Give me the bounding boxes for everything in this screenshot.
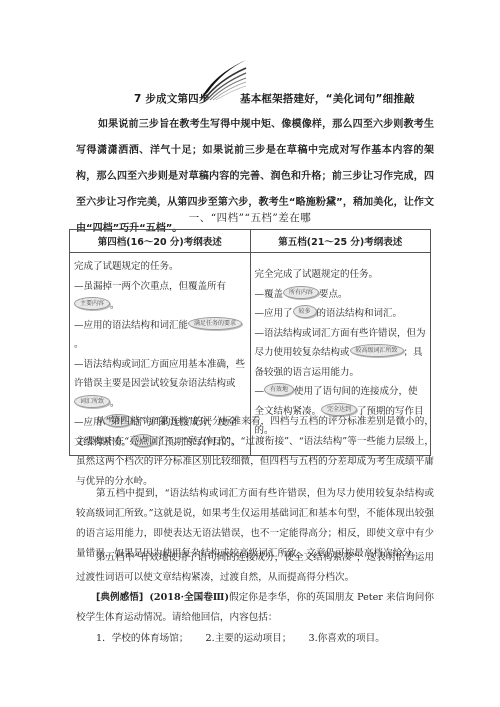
requirements-list: 1．学校的体育场馆； 2.主要的运动项目； 3.你喜欢的项目。 — [96, 630, 399, 644]
paragraph-text: 第五档中“有效地使用了语句间的连接成分，使全文结构紧凑”，这表明恰当运用过渡性词… — [76, 548, 434, 588]
step-heading: 7 步成文第四步 基本框架搭建好，“美化词句”细推敲 — [0, 88, 500, 108]
level5-line-4: —语法结构或词汇方面有些许错误，但为尽力使用较复杂结构或较高级词汇所致；具备较强… — [255, 324, 428, 383]
level4-line-4: —语法结构或词汇方面应用基本准确，些许错误主要是因尝试较复杂语法结构或词汇所致。 — [74, 355, 247, 414]
text-segment: 的语法结构和词汇。 — [317, 308, 403, 319]
paragraph-text: 从“第四档”与“第五档”的评分标准来看，四档与五档的评分标准差别是微小的，主要集… — [76, 412, 434, 492]
list-item: 1．学校的体育场馆； — [96, 633, 188, 644]
keyword-bubble: 满足任务的要求 — [188, 317, 242, 330]
level5-line-3: —应用了较多的语法结构和词汇。 — [255, 304, 428, 324]
level5-line-2: —覆盖所有内容要点。 — [255, 285, 428, 305]
example-tag: [典例感悟] — [96, 592, 143, 603]
text-segment: 。 — [110, 300, 120, 311]
text-segment: 要点。 — [319, 289, 348, 300]
text-segment: — — [255, 386, 265, 397]
level4-line-1: 完成了试题规定的任务。 — [74, 257, 247, 277]
level5-line-1: 完全完成了试题规定的任务。 — [255, 265, 428, 285]
example-source: (2018·全国卷Ⅲ) — [149, 592, 229, 603]
brush-stroke-icon — [198, 52, 248, 102]
text-segment: —应用的语法结构和词汇能 — [74, 320, 188, 331]
text-segment: —应用了 — [255, 308, 293, 319]
table-header-row: 第四档(16～20 分)考纲表述 第五档(21～25 分)考纲表述 — [70, 230, 431, 253]
level4-line-2: —虽漏掉一两个次重点，但覆盖所有主要内容。 — [74, 277, 247, 316]
list-item: 3.你喜欢的项目。 — [308, 633, 384, 644]
text-segment: 。 — [110, 398, 120, 409]
keyword-bubble: 主要内容 — [74, 297, 110, 310]
keyword-bubble: 有效地 — [264, 383, 294, 396]
text-segment: —语法结构或词汇方面应用基本准确，些许错误主要是因尝试较复杂语法结构或 — [74, 359, 245, 390]
analysis-paragraph-1: 从“第四档”与“第五档”的评分标准来看，四档与五档的评分标准差别是微小的，主要集… — [76, 412, 434, 492]
table-header-level5: 第五档(21～25 分)考纲表述 — [250, 230, 431, 253]
text-segment: —覆盖 — [255, 289, 284, 300]
keyword-bubble: 较高级词汇所致 — [350, 344, 404, 357]
keyword-bubble: 所有内容 — [283, 286, 319, 299]
analysis-paragraph-3: 第五档中“有效地使用了语句间的连接成分，使全文结构紧凑”，这表明恰当运用过渡性词… — [76, 548, 434, 588]
section-title: 一、“四档”“五档”差在哪 — [0, 210, 500, 225]
keyword-bubble: 词汇所致 — [74, 395, 110, 408]
keyword-bubble: 较多 — [293, 305, 317, 318]
level4-line-3: —应用的语法结构和词汇能满足任务的要求。 — [74, 316, 247, 355]
table-header-level4: 第四档(16～20 分)考纲表述 — [70, 230, 251, 253]
text-segment: —虽漏掉一两个次重点，但覆盖所有 — [74, 281, 226, 292]
text-segment: 。 — [74, 339, 84, 350]
example-paragraph: [典例感悟] (2018·全国卷Ⅲ)假定你是李华，你的英国朋友 Peter 来信… — [76, 588, 434, 628]
list-item: 2.主要的运动项目； — [206, 633, 292, 644]
example-prompt: [典例感悟] (2018·全国卷Ⅲ)假定你是李华，你的英国朋友 Peter 来信… — [76, 588, 434, 628]
step-title: 基本框架搭建好，“美化词句”细推敲 — [240, 91, 415, 106]
